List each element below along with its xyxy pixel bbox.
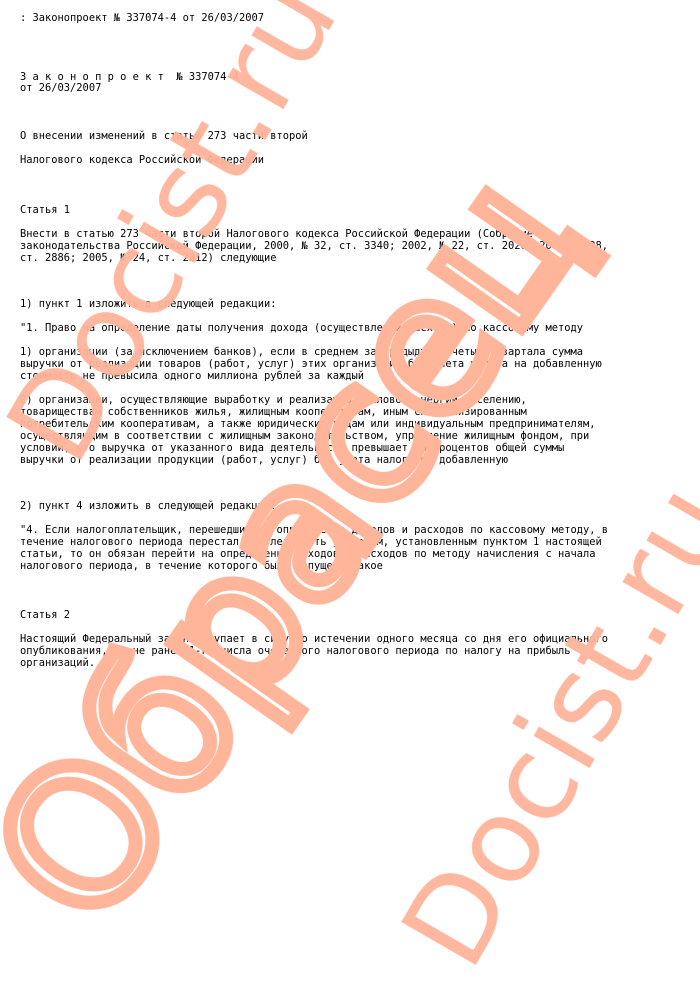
subject-line-2: Налогового кодекса Российской Федерации: [20, 154, 264, 167]
article-1-heading: Статья 1: [20, 204, 70, 217]
article-1-intro-line: Внести в статью 273 части второй Налогов…: [20, 228, 533, 241]
item-2-quote-line: "4. Если налогоплательщик, перешедший на…: [20, 524, 608, 537]
item-1-sub-2-line: 2) организации, осуществляющие выработку…: [20, 394, 527, 407]
document-page: : Законопроект № 337074-4 от 26/03/2007 …: [0, 0, 700, 1000]
article-1-intro-line: законодательства Российской Федерации, 2…: [20, 240, 608, 253]
item-1-sub-1-line: выручки от реализации товаров (работ, ус…: [20, 358, 602, 371]
item-1-sub-1-line: стоимость не превысила одного миллиона р…: [20, 370, 364, 383]
item-1-sub-2-line: условии, что выручка от указанного вида …: [20, 442, 564, 455]
item-1-quote: "1. Право на определение даты получения …: [20, 322, 583, 335]
item-1-sub-2-line: осуществляющим в соответствии с жилищным…: [20, 430, 589, 443]
item-1-sub-2-line: товариществам собственников жилья, жилищ…: [20, 406, 527, 419]
article-2-body-line: опубликования, но не ранее 1-го числа оч…: [20, 645, 571, 658]
item-1-sub-2-line: выручки от реализации продукции (работ, …: [20, 454, 508, 467]
doc-title-date: от 26/03/2007: [20, 82, 101, 95]
item-2-heading: 2) пункт 4 изложить в следующей редакции…: [20, 500, 276, 513]
item-1-sub-1-line: 1) организации (за исключением банков), …: [20, 346, 583, 359]
article-2-body-line: Настоящий Федеральный закон вступает в с…: [20, 633, 608, 646]
item-2-quote-line: течение налогового периода перестал удов…: [20, 536, 602, 549]
subject-line-1: О внесении изменений в статью 273 части …: [20, 130, 308, 143]
item-2-quote-line: налогового периода, в течение которого б…: [20, 560, 383, 573]
item-1-sub-2-line: потребительским кооперативам, а также юр…: [20, 418, 596, 431]
item-1-heading: 1) пункт 1 изложить в следующей редакции…: [20, 298, 276, 311]
item-2-quote-line: статьи, то он обязан перейти на определе…: [20, 548, 596, 561]
header-title-line: : Законопроект № 337074-4 от 26/03/2007: [20, 12, 264, 25]
article-1-intro-line: ст. 2886; 2005, № 24, ст. 2312) следующи…: [20, 252, 276, 265]
article-2-body-line: организаций.: [20, 657, 95, 670]
article-2-heading: Статья 2: [20, 609, 70, 622]
